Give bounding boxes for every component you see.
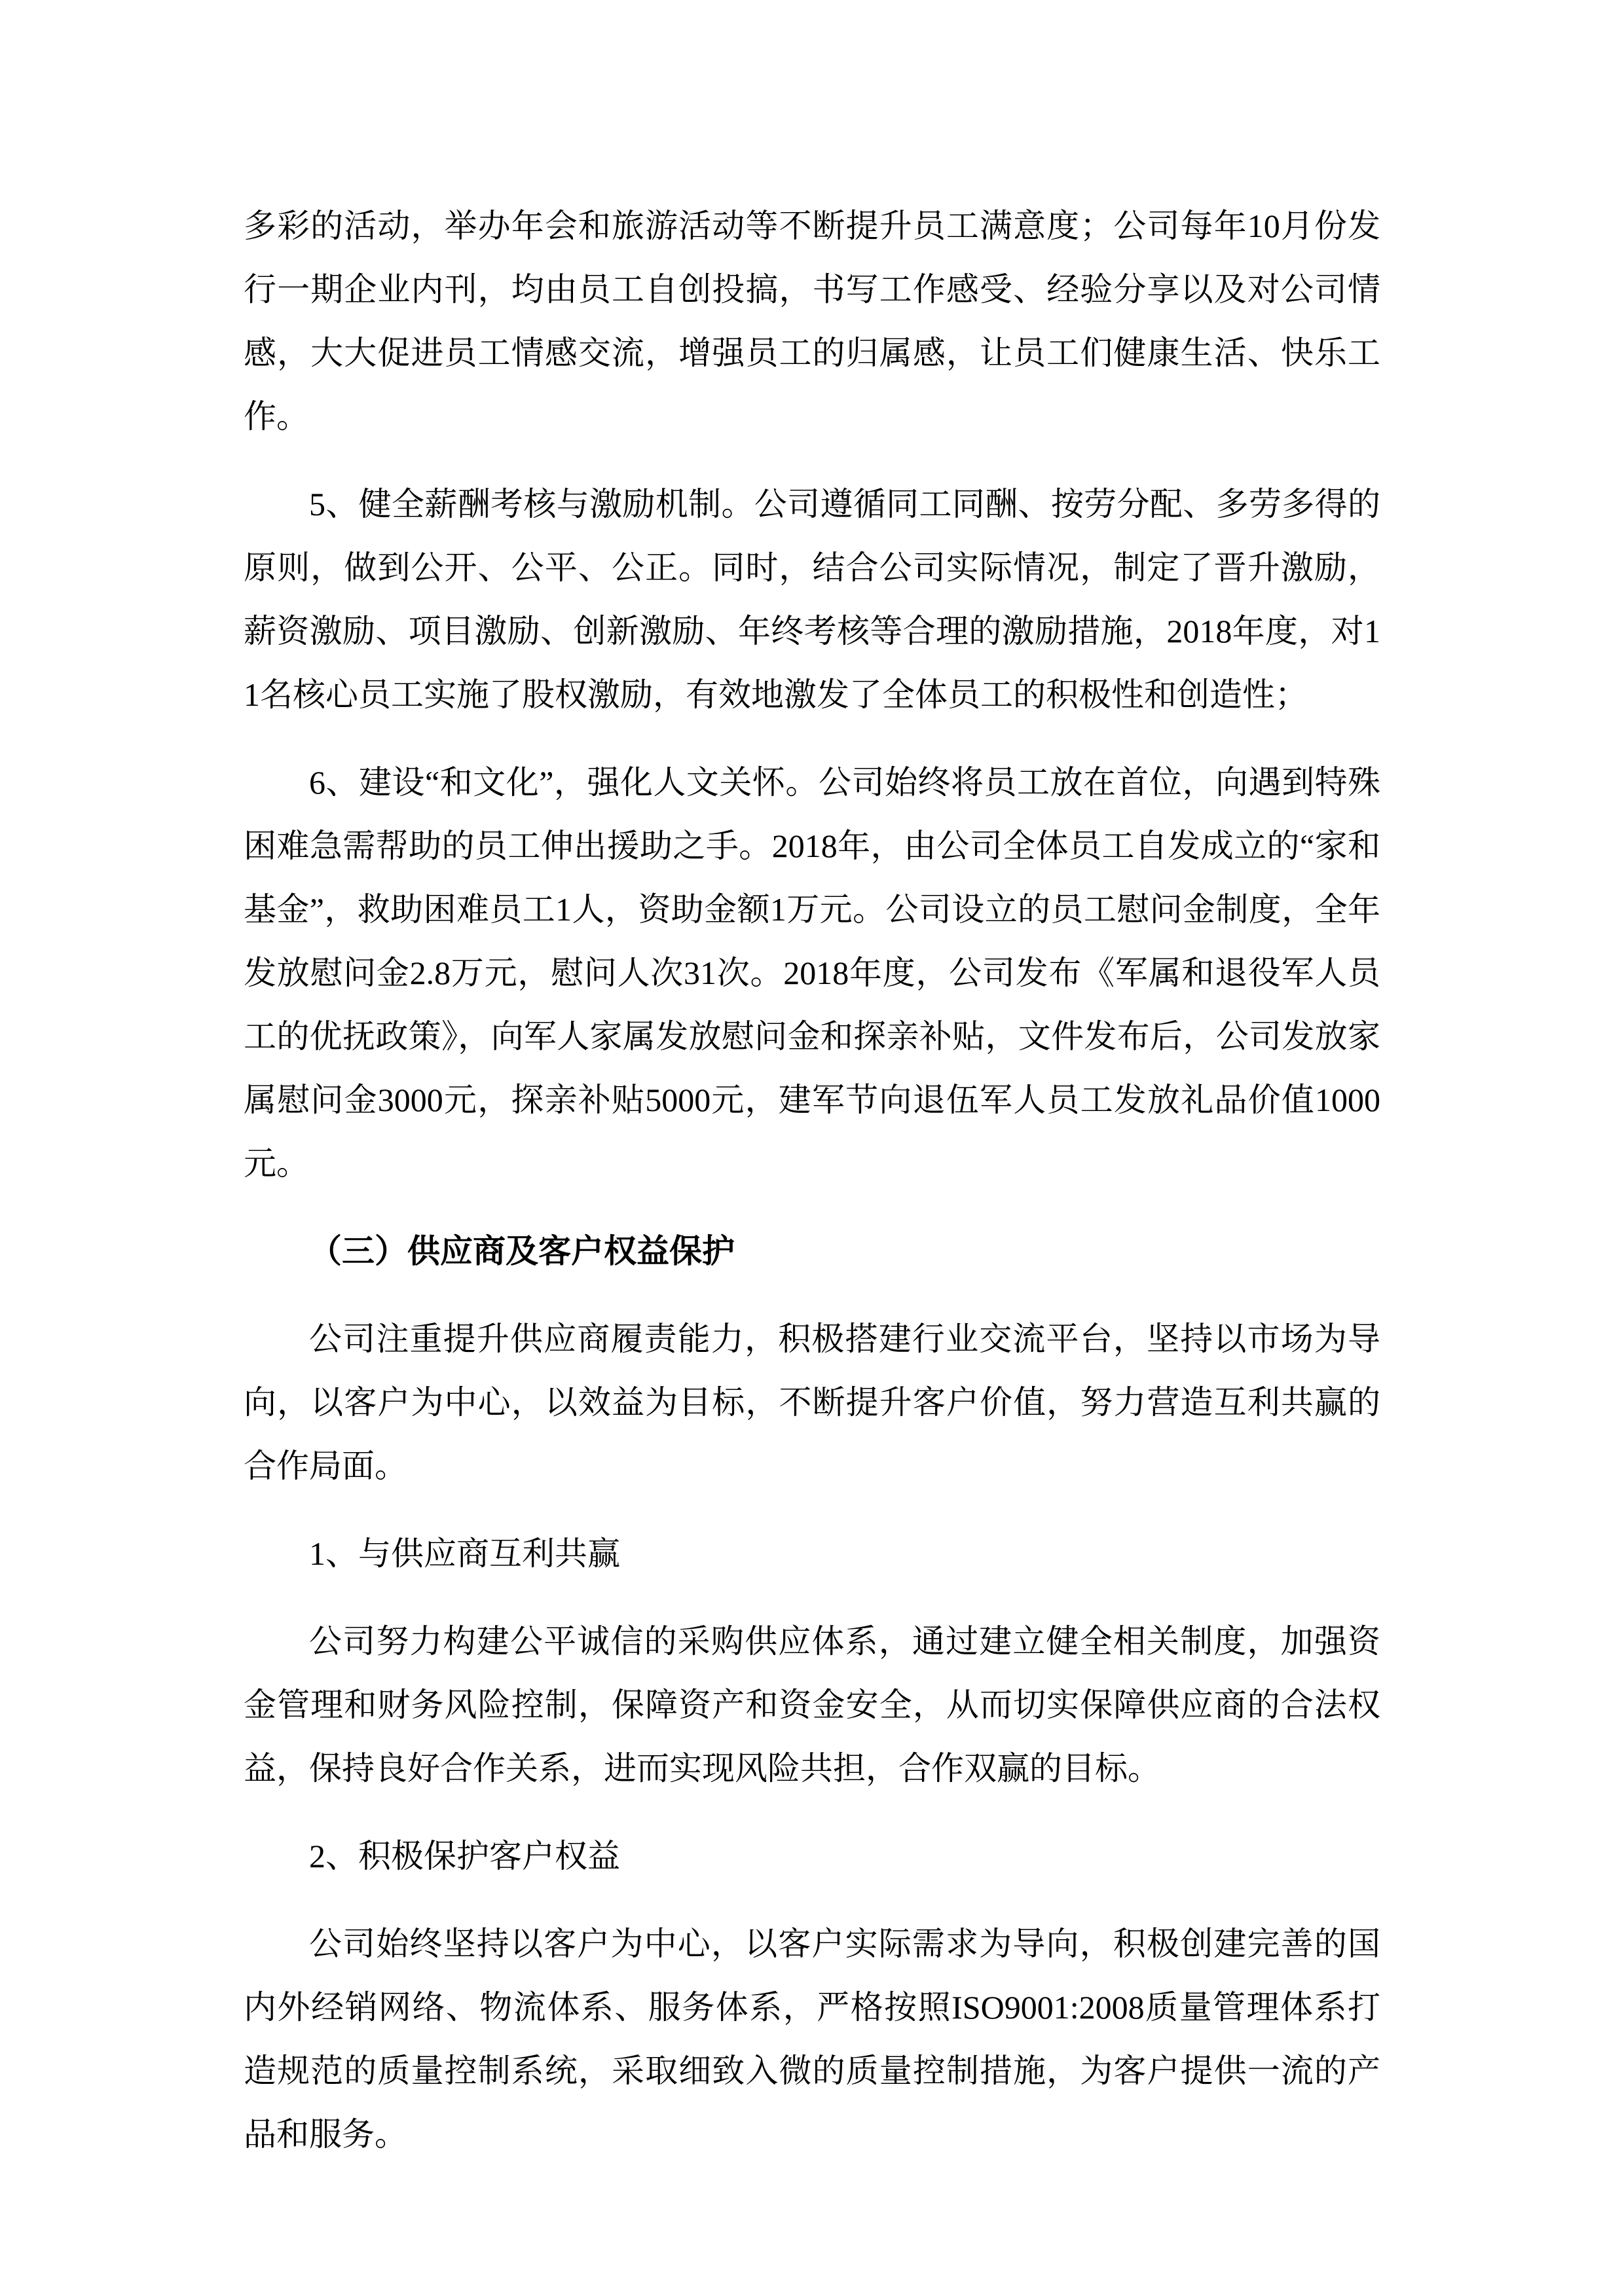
paragraph-item-6: 6、建设“和文化”，强化人文关怀。公司始终将员工放在首位，向遇到特殊困难急需帮助…: [244, 751, 1380, 1195]
paragraph-supplier-winwin: 公司努力构建公平诚信的采购供应体系，通过建立健全相关制度，加强资金管理和财务风险…: [244, 1610, 1380, 1800]
paragraph-continuation: 多彩的活动，举办年会和旅游活动等不断提升员工满意度；公司每年10月份发行一期企业…: [244, 194, 1380, 448]
paragraph-section-intro: 公司注重提升供应商履责能力，积极搭建行业交流平台，坚持以市场为导向，以客户为中心…: [244, 1307, 1380, 1498]
document-page: 多彩的活动，举办年会和旅游活动等不断提升员工满意度；公司每年10月份发行一期企业…: [0, 0, 1624, 2296]
section-heading-supplier-customer-rights: （三）供应商及客户权益保护: [244, 1220, 1380, 1283]
paragraph-item-5: 5、健全薪酬考核与激励机制。公司遵循同工同酬、按劳分配、多劳多得的原则，做到公开…: [244, 473, 1380, 727]
subsection-heading-supplier-winwin: 1、与供应商互利共赢: [244, 1522, 1380, 1586]
subsection-heading-customer-rights: 2、积极保护客户权益: [244, 1825, 1380, 1888]
paragraph-customer-rights: 公司始终坚持以客户为中心，以客户实际需求为导向，积极创建完善的国内外经销网络、物…: [244, 1912, 1380, 2166]
